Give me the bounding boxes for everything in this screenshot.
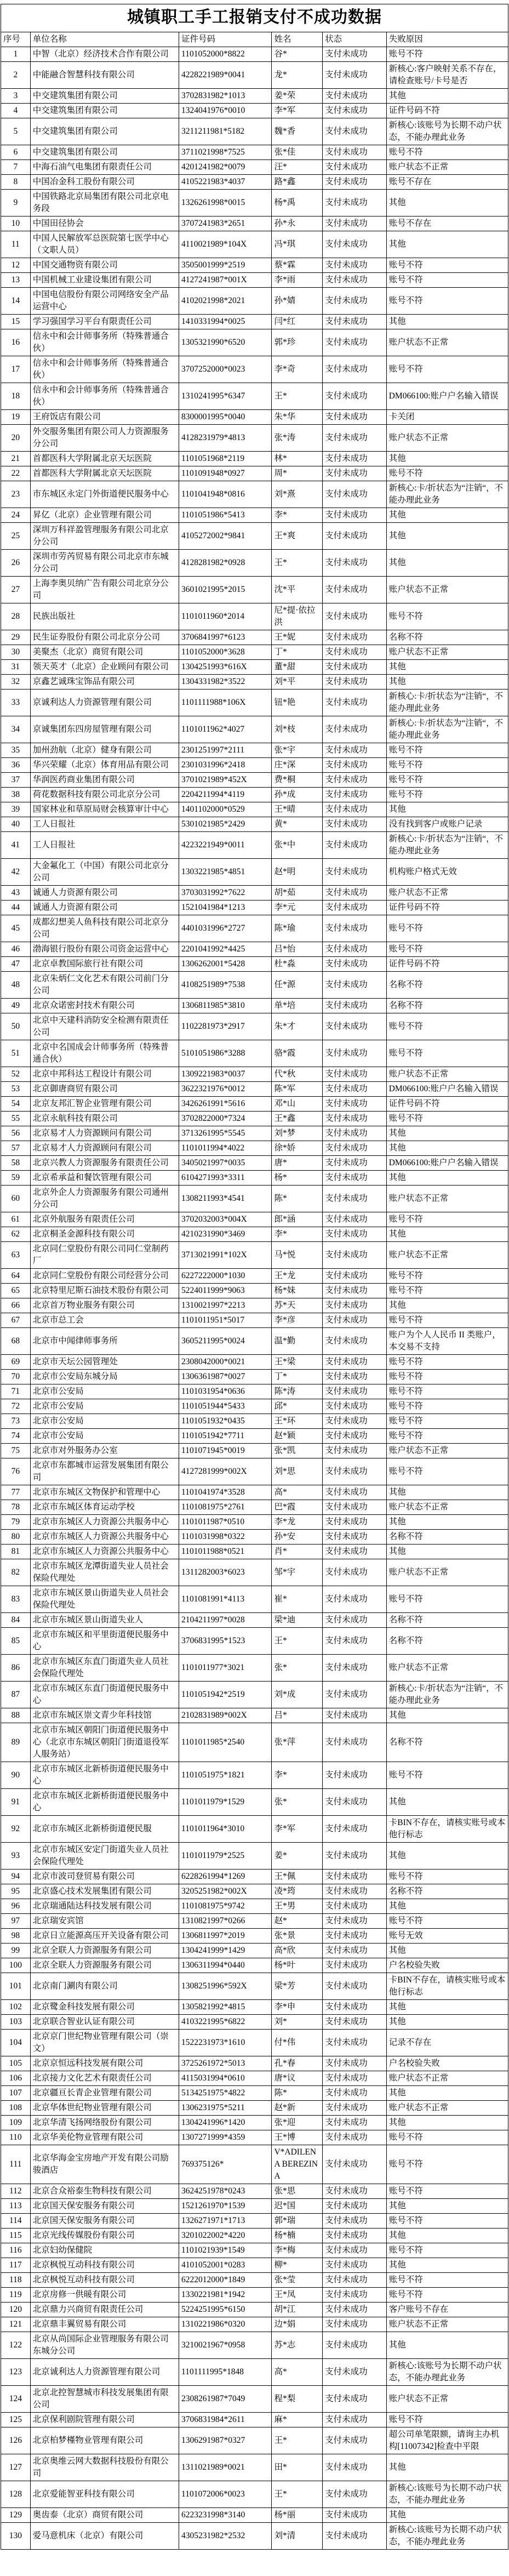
unit-name-cell: 北京合众裕泰生物科技有限公司 <box>30 2184 179 2198</box>
person-name-cell: 唐*议 <box>272 2071 323 2085</box>
id-number-cell: 3505001999*2519 <box>179 258 272 272</box>
status-cell: 支付未成功 <box>323 466 387 481</box>
id-number-cell: 6222012000*1849 <box>179 2272 272 2287</box>
unit-name-cell: 北京市东城区朝阳门街道便民服务中心（北京市东城区朝阳门街道退役军人服务站） <box>30 1723 179 1762</box>
table-row: 1中智（北京）经济技术合作有限公司1101052000*8822谷*支付未成功账… <box>1 47 508 61</box>
table-row: 117北京枫悦互动科技有限公司4101052001*0283柳*支付未成功其他 <box>1 2258 508 2272</box>
row-number-cell: 118 <box>1 2272 31 2287</box>
row-number-cell: 71 <box>1 1384 31 1399</box>
row-number-cell: 15 <box>1 314 31 329</box>
row-number-cell: 98 <box>1 1928 31 1943</box>
person-name-cell: 王* <box>272 549 323 576</box>
unit-name-cell: 北京鼎力兴商贸有限责任公司 <box>30 2302 179 2317</box>
row-number-cell: 54 <box>1 1096 31 1111</box>
id-number-cell: 2308042000*0021 <box>179 1354 272 1369</box>
id-number-cell: 1101051942*2519 <box>179 1681 272 1708</box>
table-header-row: 序号单位名称证件号码姓名状态失败原因 <box>1 32 508 47</box>
unit-name-cell: 北京市东城区东直门街道失业人员社会保险代理处 <box>30 1654 179 1681</box>
status-cell: 支付未成功 <box>323 216 387 231</box>
unit-name-cell: 华润医药商业集团有限公司 <box>30 772 179 787</box>
table-row: 104北京京门世纪物业管理有限公司（崇文）1522231973*1610付*伟支… <box>1 2029 508 2056</box>
unit-name-cell: 中国冶金科工股份有限公司 <box>30 174 179 189</box>
table-row: 69北京市天坛公园管理处2308042000*0021王*梁支付未成功账号不符 <box>1 1354 508 1369</box>
unit-name-cell: 北京瑞安宾馆 <box>30 1913 179 1928</box>
status-cell: 支付未成功 <box>323 2358 387 2385</box>
person-name-cell: 任*源 <box>272 971 323 998</box>
table-row: 34京诚集团东四房屋管理有限公司1101011962*4027刘*枝支付未成功新… <box>1 716 508 743</box>
table-row: 118北京枫悦互动科技有限公司6222012000*1849张*莹支付未成功账号… <box>1 2272 508 2287</box>
person-name-cell: 徐*娇 <box>272 1141 323 1155</box>
person-name-cell: 赵*明 <box>272 858 323 885</box>
table-row: 127北京奥维云网大数据科技股份有限公司1311021989*0021田*支付未… <box>1 2454 508 2481</box>
id-number-cell: 1101081975*2761 <box>179 1500 272 1514</box>
document-page: 城镇职工手工报销支付不成功数据 序号单位名称证件号码姓名状态失败原因 1中智（北… <box>1 0 508 2550</box>
id-number-cell: 1101051975*1821 <box>179 1762 272 1788</box>
unit-name-cell: 北京盛心技术发展集团有限公司 <box>30 1884 179 1899</box>
person-name-cell: 张* <box>272 1654 323 1681</box>
status-cell: 支付未成功 <box>323 549 387 576</box>
status-cell: 支付未成功 <box>323 2507 387 2522</box>
table-row: 29民生证券股份有限公司北京分公司3706841997*6123王*妮支付未成功… <box>1 630 508 645</box>
unit-name-cell: 北京市天坛公园管理处 <box>30 1354 179 1369</box>
row-number-cell: 13 <box>1 272 31 287</box>
table-row: 4中交建筑集团有限公司1324041976*0010李*军支付未成功证件号码不符 <box>1 103 508 118</box>
failure-reason-cell: 其他 <box>386 2115 508 2130</box>
person-name-cell: 王*男 <box>272 1899 323 1913</box>
row-number-cell: 129 <box>1 2507 31 2522</box>
row-number-cell: 63 <box>1 1241 31 1268</box>
id-number-cell: 3713021991*102X <box>179 1241 272 1268</box>
id-number-cell: 4105221983*4037 <box>179 174 272 189</box>
person-name-cell: 丁* <box>272 645 323 659</box>
id-number-cell: 1310221986*0320 <box>179 2317 272 2332</box>
id-number-cell: 1305321990*6520 <box>179 329 272 356</box>
table-row: 123北京诚利达人力资源管理有限公司1101111995*1848高*支付未成功… <box>1 2358 508 2385</box>
status-cell: 支付未成功 <box>323 942 387 956</box>
unit-name-cell: 北京鹭金科技发展有限公司 <box>30 1999 179 2014</box>
failure-reason-cell: 其他 <box>386 508 508 522</box>
id-number-cell: 1101011987*0510 <box>179 1514 272 1529</box>
unit-name-cell: 北京全联人力资源服务有限公司 <box>30 1958 179 1973</box>
row-number-cell: 75 <box>1 1443 31 1458</box>
person-name-cell: 胡*茹 <box>272 885 323 900</box>
id-number-cell: 8300001995*0040 <box>179 409 272 424</box>
person-name-cell: 李*彦 <box>272 1313 323 1327</box>
person-name-cell: 陈* <box>272 2085 323 2100</box>
table-row: 86北京市东城区东直门街道失业人员社会保险代理处1101011977*3021张… <box>1 1654 508 1681</box>
person-name-cell: 王*爽 <box>272 522 323 549</box>
status-cell: 支付未成功 <box>323 1928 387 1943</box>
unit-name-cell: 北京柏梦槿物业管理有限公司 <box>30 2427 179 2454</box>
row-number-cell: 90 <box>1 1762 31 1788</box>
status-cell: 支付未成功 <box>323 1111 387 1126</box>
row-number-cell: 124 <box>1 2385 31 2412</box>
unit-name-cell: 北京市东城区东直门街道便民服务中心 <box>30 1681 179 1708</box>
unit-name-cell: 京诚利达人力资源管理有限公司 <box>30 689 179 716</box>
row-number-cell: 20 <box>1 424 31 451</box>
status-cell: 支付未成功 <box>323 2412 387 2427</box>
status-cell: 支付未成功 <box>323 1681 387 1708</box>
failure-reason-cell: 账号不存在 <box>386 216 508 231</box>
table-row: 98北京日立能源高压开关设备有限公司1306811997*2019张*景支付未成… <box>1 1928 508 1943</box>
status-cell: 支付未成功 <box>323 1399 387 1414</box>
id-number-cell: 3201022002*4220 <box>179 2228 272 2243</box>
person-name-cell: 李*军 <box>272 1815 323 1842</box>
person-name-cell: 汪* <box>272 159 323 174</box>
failure-reason-cell: 账号不符 <box>386 603 508 630</box>
row-number-cell: 72 <box>1 1399 31 1414</box>
failure-reason-cell: 账号不符 <box>386 145 508 159</box>
person-name-cell: 郭*珍 <box>272 329 323 356</box>
table-row: 106北京接力文化艺术有限责任公司4115031994*0610唐*议支付未成功… <box>1 2071 508 2085</box>
failure-reason-cell: 账户状态不正常 <box>386 1500 508 1514</box>
unit-name-cell: 北京市东城区安定门街道失业人员社会保险代理处 <box>30 1842 179 1869</box>
person-name-cell: 林* <box>272 451 323 466</box>
id-number-cell: 3706841997*6123 <box>179 630 272 645</box>
status-cell: 支付未成功 <box>323 1283 387 1298</box>
page-title: 城镇职工手工报销支付不成功数据 <box>1 4 508 32</box>
row-number-cell: 112 <box>1 2184 31 2198</box>
person-name-cell: 陈* <box>272 1185 323 1212</box>
id-number-cell: 2102831989*002X <box>179 1708 272 1723</box>
column-header-person-name: 姓名 <box>272 32 323 47</box>
status-cell: 支付未成功 <box>323 1485 387 1500</box>
table-row: 40工人日报社5301021985*2429黄*支付未成功没有找到客户或账户记录 <box>1 817 508 831</box>
table-row: 75北京市对外服务办公室1101071945*0019张*凯支付未成功账户状态不… <box>1 1443 508 1458</box>
id-number-cell: 4210231990*3469 <box>179 1227 272 1241</box>
person-name-cell: 麻* <box>272 2412 323 2427</box>
status-cell: 支付未成功 <box>323 1414 387 1428</box>
unit-name-cell: 北京华清飞扬网络股份有限公司 <box>30 2115 179 2130</box>
failure-reason-cell: 账号不符 <box>386 258 508 272</box>
unit-name-cell: 学习强国学习平台有限责任公司 <box>30 314 179 329</box>
table-row: 7中海石油气电集团有限责任公司4201241982*0079汪*支付未成功账户状… <box>1 159 508 174</box>
person-name-cell: 梁*迪 <box>272 1612 323 1627</box>
person-name-cell: 姜* <box>272 1842 323 1869</box>
row-number-cell: 83 <box>1 1586 31 1612</box>
failure-reason-cell: 账号不符 <box>386 942 508 956</box>
row-number-cell: 55 <box>1 1111 31 1126</box>
person-name-cell: 杨*楠 <box>272 2228 323 2243</box>
row-number-cell: 28 <box>1 603 31 630</box>
failure-reason-cell: 名称不符 <box>386 630 508 645</box>
failure-reason-cell: 账户状态不正常 <box>386 2100 508 2115</box>
status-cell: 支付未成功 <box>323 2287 387 2302</box>
status-cell: 支付未成功 <box>323 1298 387 1313</box>
status-cell: 支付未成功 <box>323 1708 387 1723</box>
row-number-cell: 36 <box>1 757 31 772</box>
id-number-cell: 4105272002*9841 <box>179 522 272 549</box>
row-number-cell: 95 <box>1 1884 31 1899</box>
status-cell: 支付未成功 <box>323 1973 387 1999</box>
status-cell: 支付未成功 <box>323 1241 387 1268</box>
id-number-cell: 769375126* <box>179 2145 272 2184</box>
status-cell: 支付未成功 <box>323 743 387 757</box>
failure-reason-cell: 账号不符 <box>386 2287 508 2302</box>
table-row: 17信永中和会计师事务所（特殊普通合伙）3707252000*0023李*奇支付… <box>1 356 508 383</box>
status-cell: 支付未成功 <box>323 383 387 409</box>
person-name-cell: 李* <box>272 508 323 522</box>
id-number-cell: 4103221995*6822 <box>179 2014 272 2029</box>
unit-name-cell: 北京市东城区北新桥街道便民服 <box>30 1815 179 1842</box>
person-name-cell: 谷* <box>272 47 323 61</box>
person-name-cell: 陈*军 <box>272 1081 323 1096</box>
status-cell: 支付未成功 <box>323 1627 387 1654</box>
person-name-cell: 王*佩 <box>272 1869 323 1884</box>
id-number-cell: 1324041976*0010 <box>179 103 272 118</box>
status-cell: 支付未成功 <box>323 2085 387 2100</box>
row-number-cell: 126 <box>1 2427 31 2454</box>
person-name-cell: 李*雨 <box>272 272 323 287</box>
id-number-cell: 3702032003*004X <box>179 1212 272 1227</box>
person-name-cell: 王* <box>272 383 323 409</box>
table-row: 96北京瑞通陆达科技发展有限公司1101081975*9742王*男支付未成功其… <box>1 1899 508 1913</box>
row-number-cell: 62 <box>1 1227 31 1241</box>
status-cell: 支付未成功 <box>323 1126 387 1141</box>
person-name-cell: 崔* <box>272 1586 323 1612</box>
id-number-cell: 1308251996*592X <box>179 1973 272 1999</box>
table-row: 48北京朱炳仁文化艺术有限公司前门分公司4108251989*7538任*源支付… <box>1 971 508 998</box>
failure-reason-cell: 账号不符 <box>386 2243 508 2258</box>
unit-name-cell: 北京中名国成会计师事务所（特殊普通合伙） <box>30 1040 179 1067</box>
id-number-cell: 1304241999*1429 <box>179 1943 272 1958</box>
id-number-cell: 3703031992*7622 <box>179 885 272 900</box>
unit-name-cell: 北京市总工会 <box>30 1313 179 1327</box>
unit-name-cell: 北京市东都城市运营发展集团有限公司 <box>30 1458 179 1485</box>
person-name-cell: 刘*成 <box>272 1681 323 1708</box>
person-name-cell: 刘*熹 <box>272 481 323 508</box>
failure-reason-cell: 新核心:该账号为长期不动户状态，不能办理此业务 <box>386 2358 508 2385</box>
failure-reason-cell: 其他 <box>386 2014 508 2029</box>
id-number-cell: 1303221985*4851 <box>179 858 272 885</box>
table-row: 130爱马意机床（北京）有限公司4305231982*2532刘*清支付未成功新… <box>1 2522 508 2549</box>
status-cell: 支付未成功 <box>323 1040 387 1067</box>
status-cell: 支付未成功 <box>323 2481 387 2507</box>
status-cell: 支付未成功 <box>323 508 387 522</box>
row-number-cell: 23 <box>1 481 31 508</box>
failure-reason-cell: 账号不符 <box>386 915 508 942</box>
status-cell: 支付未成功 <box>323 659 387 674</box>
column-header-row-number: 序号 <box>1 32 31 47</box>
failure-reason-cell: 账号不符 <box>386 1354 508 1369</box>
failure-reason-cell: 账号无效 <box>386 1928 508 1943</box>
id-number-cell: 1306811997*2019 <box>179 1928 272 1943</box>
unit-name-cell: 中交建筑集团有限公司 <box>30 88 179 103</box>
id-number-cell: 1101052000*8822 <box>179 47 272 61</box>
person-name-cell: 温*勤 <box>272 1327 323 1354</box>
id-number-cell: 1311282003*6023 <box>179 1559 272 1586</box>
person-name-cell: 张*佳 <box>272 145 323 159</box>
unit-name-cell: 领天英才（北京）企业顾问有限公司 <box>30 659 179 674</box>
status-cell: 支付未成功 <box>323 61 387 88</box>
status-cell: 支付未成功 <box>323 915 387 942</box>
unit-name-cell: 北京国天保安服务有限公司 <box>30 2198 179 2213</box>
unit-name-cell: 京诚集团东四房屋管理有限公司 <box>30 716 179 743</box>
failure-reason-cell: 账号不符 <box>386 2130 508 2145</box>
row-number-cell: 128 <box>1 2481 31 2507</box>
unit-name-cell: 中能融合智慧科技有限公司 <box>30 61 179 88</box>
status-cell: 支付未成功 <box>323 258 387 272</box>
status-cell: 支付未成功 <box>323 1586 387 1612</box>
failure-reason-cell: 其他 <box>386 451 508 466</box>
failure-reason-cell: 名称不符 <box>386 971 508 998</box>
row-number-cell: 22 <box>1 466 31 481</box>
id-number-cell: 1326261998*0015 <box>179 189 272 216</box>
id-number-cell: 6227222000*1030 <box>179 1268 272 1283</box>
id-number-cell: 1306361987*0027 <box>179 1369 272 1384</box>
row-number-cell: 51 <box>1 1040 31 1067</box>
unit-name-cell: 中国交通物资有限公司 <box>30 258 179 272</box>
person-name-cell: 边*娟 <box>272 2317 323 2332</box>
table-row: 109北京华清飞扬网络股份有限公司1304241996*1420张*迎支付未成功… <box>1 2115 508 2130</box>
person-name-cell: 姜*荣 <box>272 88 323 103</box>
status-cell: 支付未成功 <box>323 1943 387 1958</box>
row-number-cell: 99 <box>1 1943 31 1958</box>
failure-reason-cell: 其他 <box>386 1485 508 1500</box>
person-name-cell: 杜*淼 <box>272 956 323 971</box>
id-number-cell: 4201241982*0079 <box>179 159 272 174</box>
failure-reason-cell: 账号不符 <box>386 356 508 383</box>
person-name-cell: 马*悦 <box>272 1241 323 1268</box>
unit-name-cell: 美聚杰（北京）商贸有限公司 <box>30 645 179 659</box>
person-name-cell: 李*申 <box>272 1999 323 2014</box>
failure-reason-cell: 其他 <box>386 1170 508 1185</box>
table-row: 27上海李奥贝纳广告有限公司北京分公司3601021995*2015沈*平支付未… <box>1 576 508 603</box>
failure-reason-cell: 账户状态不正常 <box>386 424 508 451</box>
status-cell: 支付未成功 <box>323 2145 387 2184</box>
row-number-cell: 25 <box>1 522 31 549</box>
person-name-cell: 刘*梦 <box>272 1126 323 1141</box>
status-cell: 支付未成功 <box>323 674 387 689</box>
id-number-cell: 3702831982*1013 <box>179 88 272 103</box>
id-number-cell: 3210021967*0958 <box>179 2332 272 2358</box>
unit-name-cell: 华兴荣耀（北京）体育用品有限公司 <box>30 757 179 772</box>
person-name-cell: 田* <box>272 2454 323 2481</box>
row-number-cell: 3 <box>1 88 31 103</box>
unit-name-cell: 中交建筑集团有限公司 <box>30 145 179 159</box>
table-row: 44诚通人力资源有限公司1521041984*1213李*元支付未成功证件号码不… <box>1 900 508 915</box>
table-row: 111北京华海金宝房地产开发有限公司励骏酒店769375126*V*ADILEN… <box>1 2145 508 2184</box>
row-number-cell: 5 <box>1 118 31 145</box>
person-name-cell: 高* <box>272 2358 323 2385</box>
person-name-cell: 朱*华 <box>272 409 323 424</box>
unit-name-cell: 北京日立能源高压开关设备有限公司 <box>30 1928 179 1943</box>
table-row: 80北京市东城区人力资源公共服务中心1101031998*0322孙*安支付未成… <box>1 1529 508 1544</box>
id-number-cell: 1101081991*4113 <box>179 1586 272 1612</box>
row-number-cell: 1 <box>1 47 31 61</box>
unit-name-cell: 中国电信股份有限公司网络安全产品运营中心 <box>30 287 179 314</box>
table-row: 88北京市东城区崇文青少年科技馆2102831989*002X吕*支付未成功其他 <box>1 1708 508 1723</box>
unit-name-cell: 深圳市劳芮贸易有限公司北京市东城分公司 <box>30 549 179 576</box>
status-cell: 支付未成功 <box>323 2071 387 2085</box>
table-row: 122北京从尚国际企业管理服务有限公司东城分公司3210021967*0958苏… <box>1 2332 508 2358</box>
person-name-cell: 高*欣 <box>272 1943 323 1958</box>
unit-name-cell: 北京市公安局 <box>30 1414 179 1428</box>
person-name-cell: 付*伟 <box>272 2029 323 2056</box>
unit-name-cell: 信永中和会计师事务所（特殊普通合伙） <box>30 356 179 383</box>
unit-name-cell: 北京接力文化艺术有限责任公司 <box>30 2071 179 2085</box>
id-number-cell: 1101011985*2540 <box>179 1723 272 1762</box>
id-number-cell: 1306811985*3810 <box>179 998 272 1013</box>
failure-reason-cell: 账户状态不正常 <box>386 2071 508 2085</box>
unit-name-cell: 北京市波司登贸易有限公司 <box>30 1869 179 1884</box>
failure-reason-cell: 账号不符 <box>386 743 508 757</box>
person-name-cell: 王*博 <box>272 2130 323 2145</box>
id-number-cell: 1101011962*4027 <box>179 716 272 743</box>
failure-reason-cell: 其他 <box>386 802 508 817</box>
status-cell: 支付未成功 <box>323 1612 387 1627</box>
unit-name-cell: 北京枫悦互动科技有限公司 <box>30 2258 179 2272</box>
status-cell: 支付未成功 <box>323 2213 387 2228</box>
person-name-cell: 张*思 <box>272 2184 323 2198</box>
status-cell: 支付未成功 <box>323 1155 387 1170</box>
unit-name-cell: 北京京门世纪物业管理有限公司（崇文） <box>30 2029 179 2056</box>
status-cell: 支付未成功 <box>323 1013 387 1040</box>
table-row: 15学习强国学习平台有限责任公司1410331994*0025闫*红支付未成功其… <box>1 314 508 329</box>
person-name-cell: 王*妮 <box>272 630 323 645</box>
failure-reason-cell: 其他 <box>386 522 508 549</box>
table-row: 8中国冶金科工股份有限公司4105221983*4037路*鑫支付未成功账号不存… <box>1 174 508 189</box>
status-cell: 支付未成功 <box>323 802 387 817</box>
id-number-cell: 3702822000*7324 <box>179 1111 272 1126</box>
row-number-cell: 119 <box>1 2287 31 2302</box>
person-name-cell: 龙* <box>272 61 323 88</box>
failure-reason-cell: 账户为个人人民币 II 类账户，本交易不支持 <box>386 1327 508 1354</box>
table-row: 79北京市东城区人力资源公共服务中心1101011987*0510李*龙支付未成… <box>1 1514 508 1529</box>
status-cell: 支付未成功 <box>323 2184 387 2198</box>
row-number-cell: 10 <box>1 216 31 231</box>
person-name-cell: 王*环 <box>272 1414 323 1428</box>
unit-name-cell: 北京联合智业认证有限公司 <box>30 2014 179 2029</box>
row-number-cell: 100 <box>1 1958 31 1973</box>
row-number-cell: 14 <box>1 287 31 314</box>
unit-name-cell: 北京同仁堂股份有限公司同仁堂制药厂 <box>30 1241 179 1268</box>
table-row: 45成都幻想美人鱼科技有限公司北京分公司4401031996*2727陈*瑜支付… <box>1 915 508 942</box>
status-cell: 支付未成功 <box>323 2258 387 2272</box>
unit-name-cell: 北京国天保安服务有限公司 <box>30 2213 179 2228</box>
table-row: 97北京瑞安宾馆1310821997*0266赵*支付未成功账号不符 <box>1 1913 508 1928</box>
status-cell: 支付未成功 <box>323 1185 387 1212</box>
id-number-cell: 3405021997*0035 <box>179 1155 272 1170</box>
status-cell: 支付未成功 <box>323 885 387 900</box>
row-number-cell: 66 <box>1 1298 31 1313</box>
person-name-cell: 迟*国 <box>272 2198 323 2213</box>
row-number-cell: 77 <box>1 1485 31 1500</box>
failure-reason-cell: 账户状态不正常 <box>386 1654 508 1681</box>
status-cell: 支付未成功 <box>323 409 387 424</box>
id-number-cell: 5224251995*6150 <box>179 2302 272 2317</box>
person-name-cell: 郎*涵 <box>272 1212 323 1227</box>
person-name-cell: 李*军 <box>272 103 323 118</box>
status-cell: 支付未成功 <box>323 1428 387 1443</box>
unit-name-cell: 北京希承益和餐饮管理有限公司 <box>30 1170 179 1185</box>
person-name-cell: 王*凤 <box>272 2287 323 2302</box>
failure-reason-cell: 名称不符 <box>386 1884 508 1899</box>
id-number-cell: 4128231979*4813 <box>179 424 272 451</box>
row-number-cell: 18 <box>1 383 31 409</box>
row-number-cell: 56 <box>1 1126 31 1141</box>
id-number-cell: 1101011964*3010 <box>179 1815 272 1842</box>
unit-name-cell: 北京市东城区北新桥街道便民服务中心 <box>30 1762 179 1788</box>
table-row: 83北京市东城区景山街道失业人员社会保险代理处1101081991*4113崔*… <box>1 1586 508 1612</box>
failure-reason-cell: 其他 <box>386 2332 508 2358</box>
table-row: 82北京市东城区龙潭街道失业人员社会保险代理处1311282003*6023邹*… <box>1 1559 508 1586</box>
row-number-cell: 110 <box>1 2130 31 2145</box>
table-row: 78北京市东城区体育运动学校1101081975*2761巴*霞支付未成功账户状… <box>1 1500 508 1514</box>
status-cell: 支付未成功 <box>323 2317 387 2332</box>
unit-name-cell: 昇亿（北京）企业管理有限公司 <box>30 508 179 522</box>
person-name-cell: 苏*天 <box>272 1298 323 1313</box>
